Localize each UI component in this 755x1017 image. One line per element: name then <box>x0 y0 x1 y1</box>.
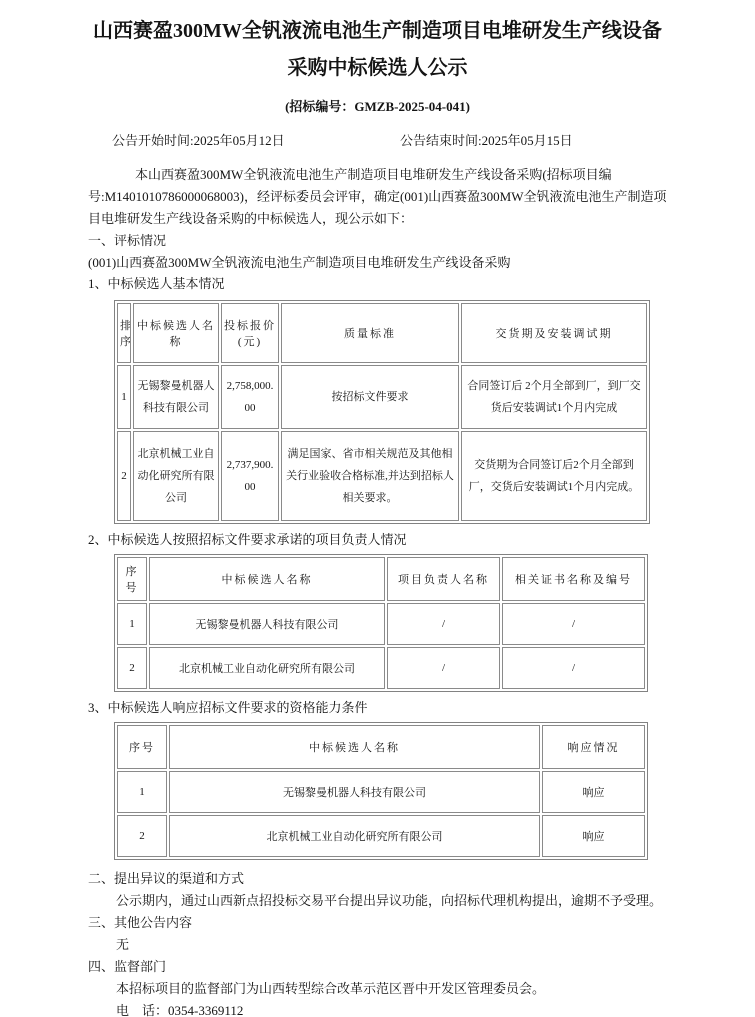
table-header-cell: 相关证书名称及编号 <box>502 557 645 601</box>
table-row: 2 北京机械工业自动化研究所有限公司 2,737,900.00 满足国家、省市相… <box>117 431 647 521</box>
closing-sections: 二、提出异议的渠道和方式 公示期内，通过山西新点招投标交易平台提出异议功能，向招… <box>88 868 667 1017</box>
response-cell: 响应 <box>542 815 645 857</box>
table-header-cell: 项目负责人名称 <box>387 557 500 601</box>
qualification-response-table: 序号 中标候选人名称 响应情况 1 无锡黎曼机器人科技有限公司 响应 2 北京机… <box>114 722 648 860</box>
announcement-document: 山西赛盈300MW全钒液流电池生产制造项目电堆研发生产线设备 采购中标候选人公示… <box>0 0 755 1017</box>
table-header-cell: 序号 <box>117 557 147 601</box>
announcement-period: 公告开始时间:2025年05月12日 公告结束时间:2025年05月15日 <box>0 130 755 147</box>
section-1-project-line: (001)山西赛盈300MW全钒液流电池生产制造项目电堆研发生产线设备采购 <box>88 252 667 274</box>
manager-name-cell: / <box>387 603 500 645</box>
certificate-cell: / <box>502 603 645 645</box>
tender-number: (招标编号：GMZB-2025-04-041) <box>0 96 755 115</box>
table-header-cell: 中标候选人名称 <box>133 303 219 363</box>
serial-cell: 1 <box>117 603 147 645</box>
bidder-name-cell: 北京机械工业自动化研究所有限公司 <box>133 431 219 521</box>
project-manager-table: 序号 中标候选人名称 项目负责人名称 相关证书名称及编号 1 无锡黎曼机器人科技… <box>114 554 648 692</box>
announcement-end-time: 公告结束时间:2025年05月15日 <box>400 130 573 149</box>
bidder-name-cell: 无锡黎曼机器人科技有限公司 <box>169 771 540 813</box>
table-header-cell: 交货期及安装调试期 <box>461 303 647 363</box>
table-row: 2 北京机械工业自动化研究所有限公司 响应 <box>117 815 645 857</box>
table-header-cell: 序号 <box>117 725 167 769</box>
title-line-2: 采购中标候选人公示 <box>0 50 755 87</box>
section-2-body: 公示期内，通过山西新点招投标交易平台提出异议功能，向招标代理机构提出，逾期不予受… <box>88 890 667 912</box>
bidder-name-cell: 无锡黎曼机器人科技有限公司 <box>133 365 219 429</box>
bidder-name-cell: 无锡黎曼机器人科技有限公司 <box>149 603 385 645</box>
table-header-cell: 投标报价(元) <box>221 303 279 363</box>
section-4-heading: 四、监督部门 <box>88 956 667 978</box>
table-header-cell: 质量标准 <box>281 303 459 363</box>
quality-standard-cell: 满足国家、省市相关规范及其他相关行业验收合格标准,并达到招标人相关要求。 <box>281 431 459 521</box>
table-header-cell: 响应情况 <box>542 725 645 769</box>
bidder-name-cell: 北京机械工业自动化研究所有限公司 <box>149 647 385 689</box>
table-header-row: 序号 中标候选人名称 响应情况 <box>117 725 645 769</box>
table-header-cell: 排序 <box>117 303 131 363</box>
section-3-heading: 三、其他公告内容 <box>88 912 667 934</box>
serial-cell: 2 <box>117 815 167 857</box>
bid-price-cell: 2,737,900.00 <box>221 431 279 521</box>
announcement-start-time: 公告开始时间:2025年05月12日 <box>112 130 285 149</box>
rank-cell: 2 <box>117 431 131 521</box>
serial-cell: 1 <box>117 771 167 813</box>
delivery-cell: 合同签订后 2个月全部到厂，到厂交货后安装调试1个月内完成 <box>461 365 647 429</box>
serial-cell: 2 <box>117 647 147 689</box>
table-header-row: 序号 中标候选人名称 项目负责人名称 相关证书名称及编号 <box>117 557 645 601</box>
subsection-3-label: 3、中标候选人响应招标文件要求的资格能力条件 <box>88 698 667 718</box>
table-header-row: 排序 中标候选人名称 投标报价(元) 质量标准 交货期及安装调试期 <box>117 303 647 363</box>
section-3-body: 无 <box>88 934 667 956</box>
table-row: 1 无锡黎曼机器人科技有限公司 / / <box>117 603 645 645</box>
certificate-cell: / <box>502 647 645 689</box>
manager-name-cell: / <box>387 647 500 689</box>
subsection-1-label: 1、中标候选人基本情况 <box>88 273 667 295</box>
supervisor-phone: 电 话：0354-3369112 <box>88 1000 667 1017</box>
bid-price-cell: 2,758,000.00 <box>221 365 279 429</box>
table-row: 2 北京机械工业自动化研究所有限公司 / / <box>117 647 645 689</box>
document-title: 山西赛盈300MW全钒液流电池生产制造项目电堆研发生产线设备 采购中标候选人公示 <box>0 13 755 87</box>
title-line-1: 山西赛盈300MW全钒液流电池生产制造项目电堆研发生产线设备 <box>0 13 755 50</box>
bidder-basic-info-table: 排序 中标候选人名称 投标报价(元) 质量标准 交货期及安装调试期 1 无锡黎曼… <box>114 300 650 524</box>
rank-cell: 1 <box>117 365 131 429</box>
section-2-heading: 二、提出异议的渠道和方式 <box>88 868 667 890</box>
document-body: 本山西赛盈300MW全钒液流电池生产制造项目电堆研发生产线设备采购(招标项目编号… <box>88 164 667 1017</box>
table-header-cell: 中标候选人名称 <box>149 557 385 601</box>
table-row: 1 无锡黎曼机器人科技有限公司 响应 <box>117 771 645 813</box>
response-cell: 响应 <box>542 771 645 813</box>
intro-paragraph: 本山西赛盈300MW全钒液流电池生产制造项目电堆研发生产线设备采购(招标项目编号… <box>88 164 667 230</box>
quality-standard-cell: 按招标文件要求 <box>281 365 459 429</box>
table-row: 1 无锡黎曼机器人科技有限公司 2,758,000.00 按招标文件要求 合同签… <box>117 365 647 429</box>
table-header-cell: 中标候选人名称 <box>169 725 540 769</box>
section-4-body: 本招标项目的监督部门为山西转型综合改革示范区晋中开发区管理委员会。 <box>88 978 667 1000</box>
subsection-2-label: 2、中标候选人按照招标文件要求承诺的项目负责人情况 <box>88 530 667 550</box>
bidder-name-cell: 北京机械工业自动化研究所有限公司 <box>169 815 540 857</box>
section-1-heading: 一、评标情况 <box>88 230 667 252</box>
delivery-cell: 交货期为合同签订后2个月全部到厂，交货后安装调试1个月内完成。 <box>461 431 647 521</box>
